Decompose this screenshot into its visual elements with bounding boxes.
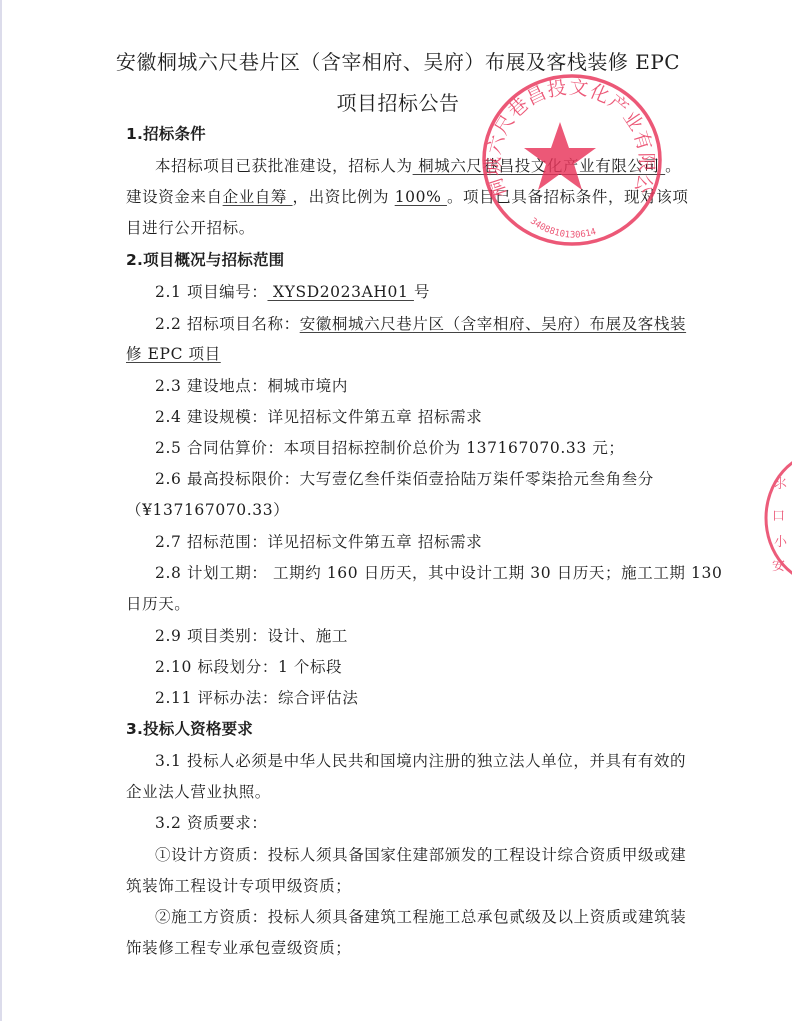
requirement-design-cont: 筑装饰工程设计专项甲级资质； — [126, 876, 678, 896]
item-2-7: 2.7 招标范围：详见招标文件第五章 招标需求 — [155, 532, 678, 552]
tenderer-name: 桐城六尺巷昌投文化产业有限公司 — [413, 157, 666, 175]
item-2-11: 2.11 评标办法：综合评估法 — [155, 688, 678, 708]
text: 建设资金来自 — [126, 188, 223, 206]
edge-seal-icon: ⺢ 口 小 安 — [762, 448, 792, 588]
suffix: 号 — [414, 283, 430, 301]
text: 。 — [665, 157, 681, 175]
item-2-1: 2.1 项目编号： XYSD2023AH01 号 — [155, 282, 678, 302]
text: 。项目已具备招标条件，现对该项 — [447, 188, 689, 206]
svg-text:安: 安 — [772, 558, 785, 574]
item-2-10: 2.10 标段划分：1 个标段 — [155, 657, 678, 677]
svg-text:⺢: ⺢ — [774, 476, 787, 492]
section1-paragraph-line3: 目进行公开招标。 — [126, 218, 678, 238]
svg-text:口: 口 — [772, 509, 785, 524]
item-3-1: 3.1 投标人必须是中华人民共和国境内注册的独立法人单位，并具有有效的 — [155, 751, 678, 771]
funding-source: 企业自筹 — [223, 188, 293, 206]
item-2-6: 2.6 最高投标限价：大写壹亿叁仟柒佰壹拾陆万柒仟零柒拾元叁角叁分 — [155, 469, 678, 489]
item-2-8-cont: 日历天。 — [126, 594, 678, 614]
item-2-9: 2.9 项目类别：设计、施工 — [155, 626, 678, 646]
requirement-construction-cont: 饰装修工程专业承包壹级资质； — [126, 938, 678, 958]
requirement-construction: ②施工方资质：投标人须具备建筑工程施工总承包贰级及以上资质或建筑装 — [155, 907, 678, 927]
section1-paragraph-line2: 建设资金来自企业自筹 ，出资比例为 100% 。项目已具备招标条件，现对该项 — [126, 187, 678, 207]
item-2-6-cont: （¥137167070.33） — [126, 500, 678, 520]
label: 2.1 项目编号： — [155, 283, 267, 301]
item-2-5: 2.5 合同估算价：本项目招标控制价总价为 137167070.33 元； — [155, 438, 678, 458]
text: ，出资比例为 — [293, 188, 395, 206]
item-2-8: 2.8 计划工期： 工期约 160 日历天，其中设计工期 30 日历天；施工工期… — [155, 563, 678, 583]
section1-heading: 1.招标条件 — [126, 124, 678, 144]
document-title-line2: 项目招标公告 — [2, 87, 792, 116]
document-title-line1: 安徽桐城六尺巷片区（含宰相府、吴府）布展及客栈装修 EPC — [2, 46, 792, 75]
item-3-1-cont: 企业法人营业执照。 — [126, 782, 678, 802]
item-2-2-cont: 修 EPC 项目 — [126, 344, 678, 364]
requirement-design: ①设计方资质：投标人须具备国家住建部颁发的工程设计综合资质甲级或建 — [155, 845, 678, 865]
item-2-3: 2.3 建设地点：桐城市境内 — [155, 376, 678, 396]
project-name: 安徽桐城六尺巷片区（含宰相府、吴府）布展及客栈装 — [300, 315, 686, 333]
project-name-cont: 修 EPC 项目 — [126, 345, 221, 363]
text: 本招标项目已获批准建设，招标人为 — [155, 157, 413, 175]
document-page: 安徽桐城六尺巷片区（含宰相府、吴府）布展及客栈装修 EPC 项目招标公告 1.招… — [0, 0, 792, 1021]
funding-ratio: 100% — [395, 188, 447, 206]
section3-heading: 3.投标人资格要求 — [126, 719, 678, 739]
project-number: XYSD2023AH01 — [267, 283, 413, 301]
label: 2.2 招标项目名称： — [155, 315, 300, 333]
section1-paragraph-line1: 本招标项目已获批准建设，招标人为 桐城六尺巷昌投文化产业有限公司 。 — [155, 156, 678, 176]
item-3-2: 3.2 资质要求： — [155, 813, 678, 833]
svg-text:小: 小 — [774, 535, 788, 550]
item-2-2: 2.2 招标项目名称：安徽桐城六尺巷片区（含宰相府、吴府）布展及客栈装 — [155, 314, 678, 334]
item-2-4: 2.4 建设规模：详见招标文件第五章 招标需求 — [155, 407, 678, 427]
section2-heading: 2.项目概况与招标范围 — [126, 250, 678, 270]
